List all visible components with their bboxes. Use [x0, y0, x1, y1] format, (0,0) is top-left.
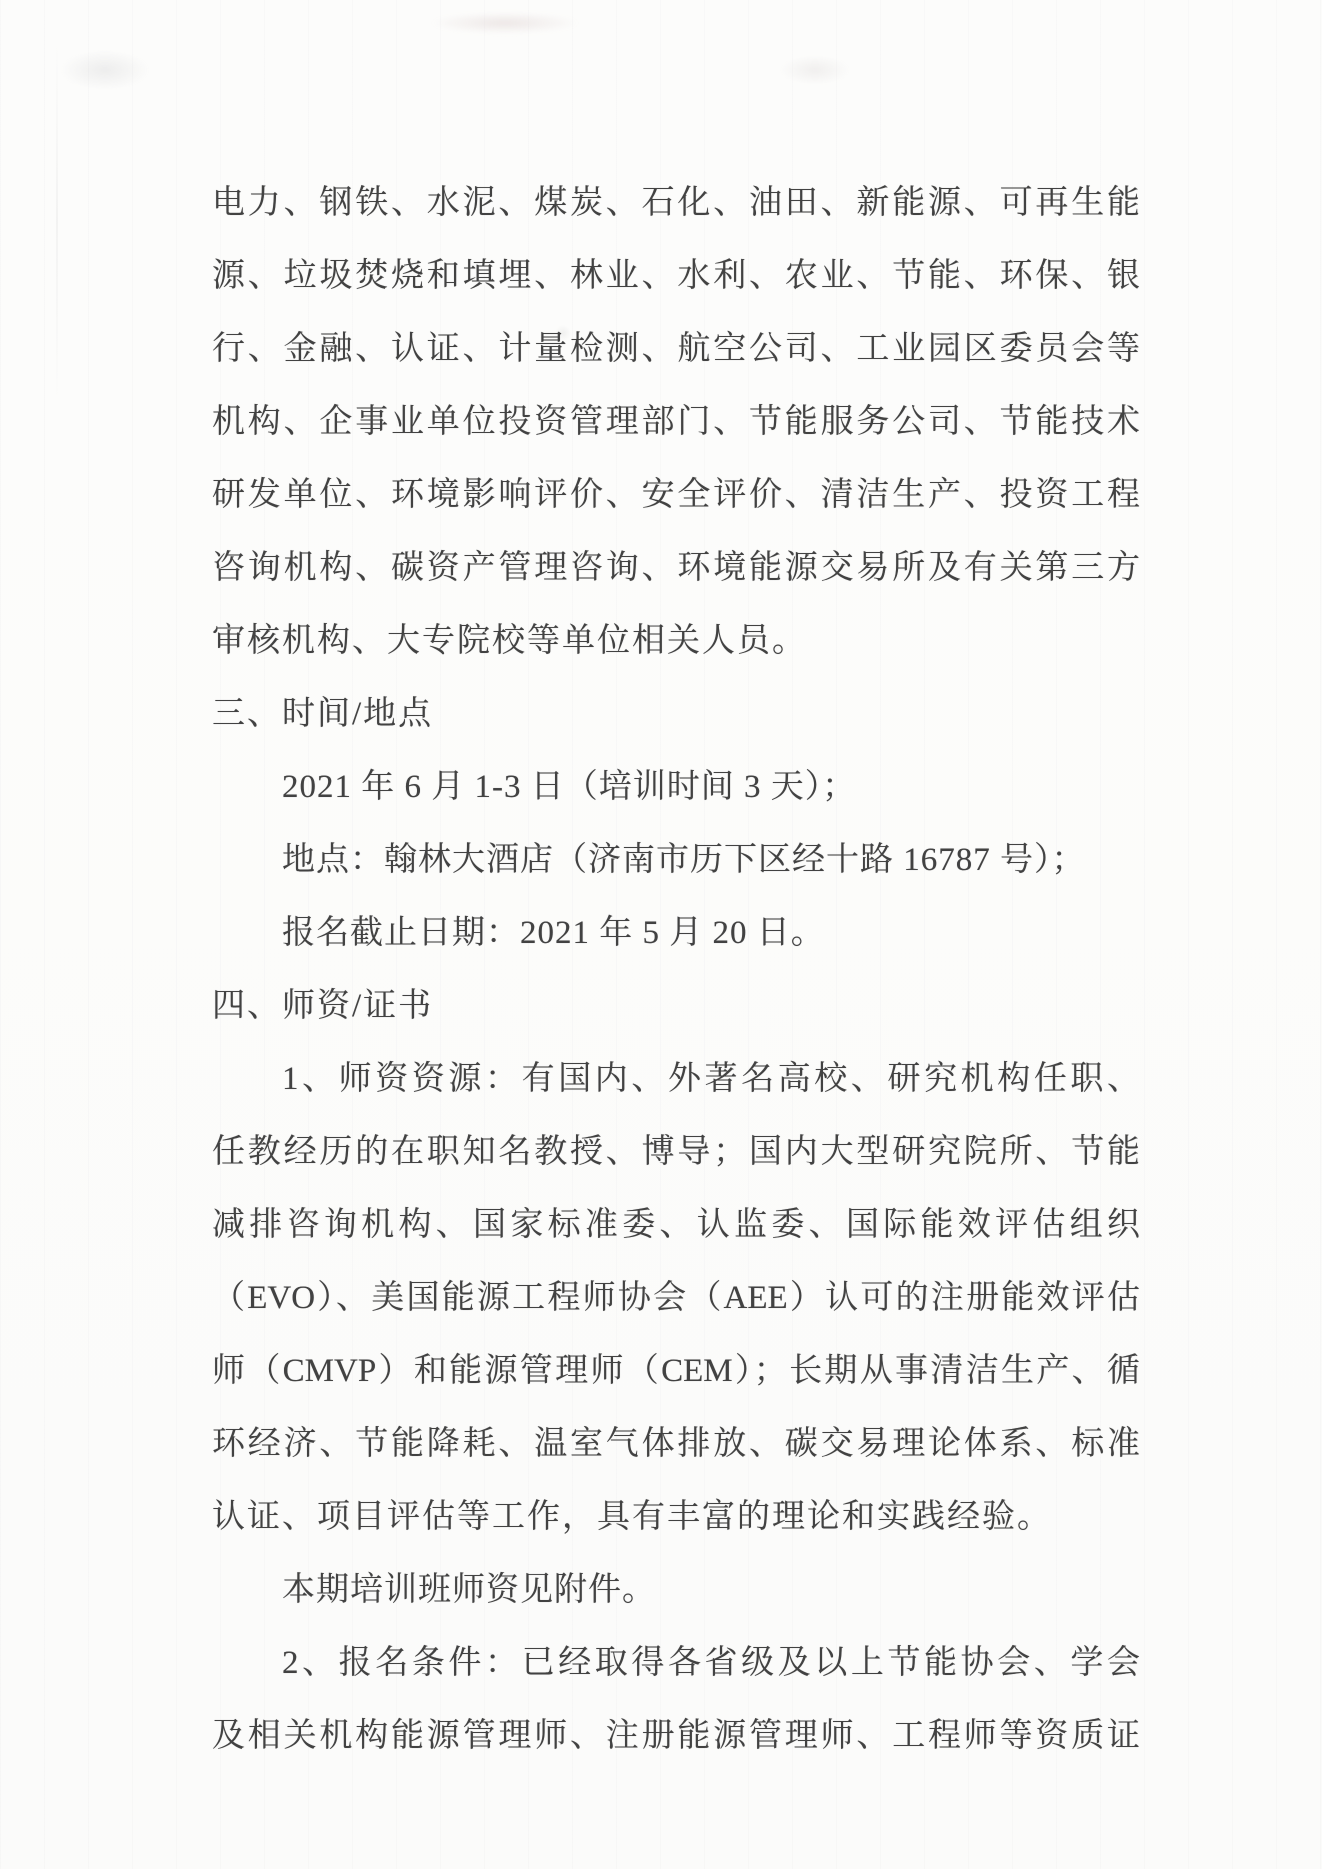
text-line: 本期培训班师资见附件。	[212, 1554, 1140, 1627]
text-line: 咨询机构、碳资产管理咨询、环境能源交易所及有关第三方	[212, 532, 1140, 605]
text-line: 报名截止日期：2021 年 5 月 20 日。	[212, 897, 1140, 970]
text-line: 研发单位、环境影响评价、安全评价、清洁生产、投资工程	[212, 459, 1140, 532]
scan-edge-line-artifact	[56, 40, 58, 400]
text-line: 四、师资/证书	[212, 970, 1140, 1043]
text-line: 源、垃圾焚烧和填埋、林业、水利、农业、节能、环保、银	[212, 240, 1140, 313]
text-line: 认证、项目评估等工作，具有丰富的理论和实践经验。	[212, 1481, 1140, 1554]
scan-speck-artifact	[60, 50, 150, 90]
text-line: 电力、钢铁、水泥、煤炭、石化、油田、新能源、可再生能	[212, 167, 1140, 240]
text-line: 1、师资资源：有国内、外著名高校、研究机构任职、	[212, 1043, 1140, 1116]
text-line: 机构、企事业单位投资管理部门、节能服务公司、节能技术	[212, 386, 1140, 459]
scan-smudge-artifact	[430, 12, 580, 34]
text-line: 地点：翰林大酒店（济南市历下区经十路 16787 号）；	[212, 824, 1140, 897]
text-line: 减排咨询机构、国家标准委、认监委、国际能效评估组织	[212, 1189, 1140, 1262]
document-body: 电力、钢铁、水泥、煤炭、石化、油田、新能源、可再生能源、垃圾焚烧和填埋、林业、水…	[212, 167, 1140, 1773]
text-line: （EVO）、美国能源工程师协会（AEE）认可的注册能效评估	[212, 1262, 1140, 1335]
text-line: 2、报名条件：已经取得各省级及以上节能协会、学会	[212, 1627, 1140, 1700]
scanned-document-page: 电力、钢铁、水泥、煤炭、石化、油田、新能源、可再生能源、垃圾焚烧和填埋、林业、水…	[0, 0, 1322, 1869]
scan-speck-artifact	[780, 55, 850, 85]
text-line: 审核机构、大专院校等单位相关人员。	[212, 605, 1140, 678]
text-line: 环经济、节能降耗、温室气体排放、碳交易理论体系、标准	[212, 1408, 1140, 1481]
text-line: 三、时间/地点	[212, 678, 1140, 751]
text-line: 及相关机构能源管理师、注册能源管理师、工程师等资质证	[212, 1700, 1140, 1773]
text-line: 师（CMVP）和能源管理师（CEM）；长期从事清洁生产、循	[212, 1335, 1140, 1408]
text-line: 2021 年 6 月 1-3 日（培训时间 3 天）；	[212, 751, 1140, 824]
text-line: 任教经历的在职知名教授、博导；国内大型研究院所、节能	[212, 1116, 1140, 1189]
text-line: 行、金融、认证、计量检测、航空公司、工业园区委员会等	[212, 313, 1140, 386]
